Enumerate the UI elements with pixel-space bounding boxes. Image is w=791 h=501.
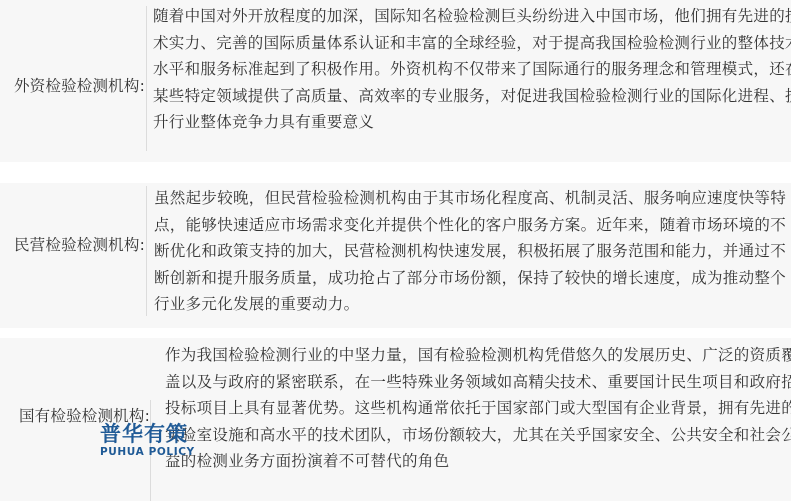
section-description: 作为我国检验检测行业的中坚力量，国有检验检测机构凭借悠久的发展历史、广泛的资质覆… — [165, 342, 791, 475]
text-line: 水平和服务标准起到了积极作用。外资机构不仅带来了国际通行的服务理念和管理模式，还… — [153, 56, 791, 83]
watermark-en: PUHUA POLICY — [100, 447, 195, 458]
text-line: 益的检测业务方面扮演着不可替代的角色 — [165, 448, 791, 475]
column-divider — [146, 6, 147, 151]
watermark-cn: 普华有策 — [100, 424, 195, 445]
section-label: 民营检验检测机构: — [0, 233, 145, 255]
section-foreign-institutions: 外资检验检测机构: 随着中国对外开放程度的加深，国际知名检验检测巨头纷纷进入中国… — [0, 0, 791, 162]
section-state-owned-institutions: 国有检验检测机构: 作为我国检验检测行业的中坚力量，国有检验检测机构凭借悠久的发… — [0, 338, 791, 501]
text-line: 虽然起步较晚，但民营检验检测机构由于其市场化程度高、机制灵活、服务响应速度快等特 — [154, 185, 786, 212]
text-line: 实验室设施和高水平的技术团队，市场份额较大，尤其在关乎国家安全、公共安全和社会公 — [165, 422, 791, 449]
section-label: 外资检验检测机构: — [0, 74, 145, 96]
text-line: 行业多元化发展的重要动力。 — [154, 291, 786, 318]
text-line: 术实力、完善的国际质量体系认证和丰富的全球经验，对于提高我国检验检测行业的整体技… — [153, 30, 791, 57]
column-divider — [146, 186, 147, 316]
text-line: 升行业整体竞争力具有重要意义 — [153, 109, 791, 136]
watermark-logo: 普华有策 PUHUA POLICY — [100, 424, 195, 458]
text-line: 点，能够快速适应市场需求变化并提供个性化的客户服务方案。近年来，随着市场环境的不 — [154, 212, 786, 239]
text-line: 盖以及与政府的紧密联系，在一些特殊业务领域如高精尖技术、重要国计民生项目和政府招 — [165, 369, 791, 396]
text-line: 断优化和政策支持的加大，民营检测机构快速发展，积极拓展了服务范围和能力，并通过不 — [154, 238, 786, 265]
text-line: 投标项目上具有显著优势。这些机构通常依托于国家部门或大型国有企业背景，拥有先进的 — [165, 395, 791, 422]
section-private-institutions: 民营检验检测机构: 虽然起步较晚，但民营检验检测机构由于其市场化程度高、机制灵活… — [0, 183, 791, 328]
section-description: 随着中国对外开放程度的加深，国际知名检验检测巨头纷纷进入中国市场，他们拥有先进的… — [153, 3, 791, 136]
text-line: 作为我国检验检测行业的中坚力量，国有检验检测机构凭借悠久的发展历史、广泛的资质覆 — [165, 342, 791, 369]
text-line: 某些特定领域提供了高质量、高效率的专业服务，对促进我国检验检测行业的国际化进程、… — [153, 83, 791, 110]
text-line: 断创新和提升服务质量，成功抢占了部分市场份额，保持了较快的增长速度，成为推动整个 — [154, 265, 786, 292]
text-line: 随着中国对外开放程度的加深，国际知名检验检测巨头纷纷进入中国市场，他们拥有先进的… — [153, 3, 791, 30]
section-description: 虽然起步较晚，但民营检验检测机构由于其市场化程度高、机制灵活、服务响应速度快等特… — [154, 185, 786, 318]
